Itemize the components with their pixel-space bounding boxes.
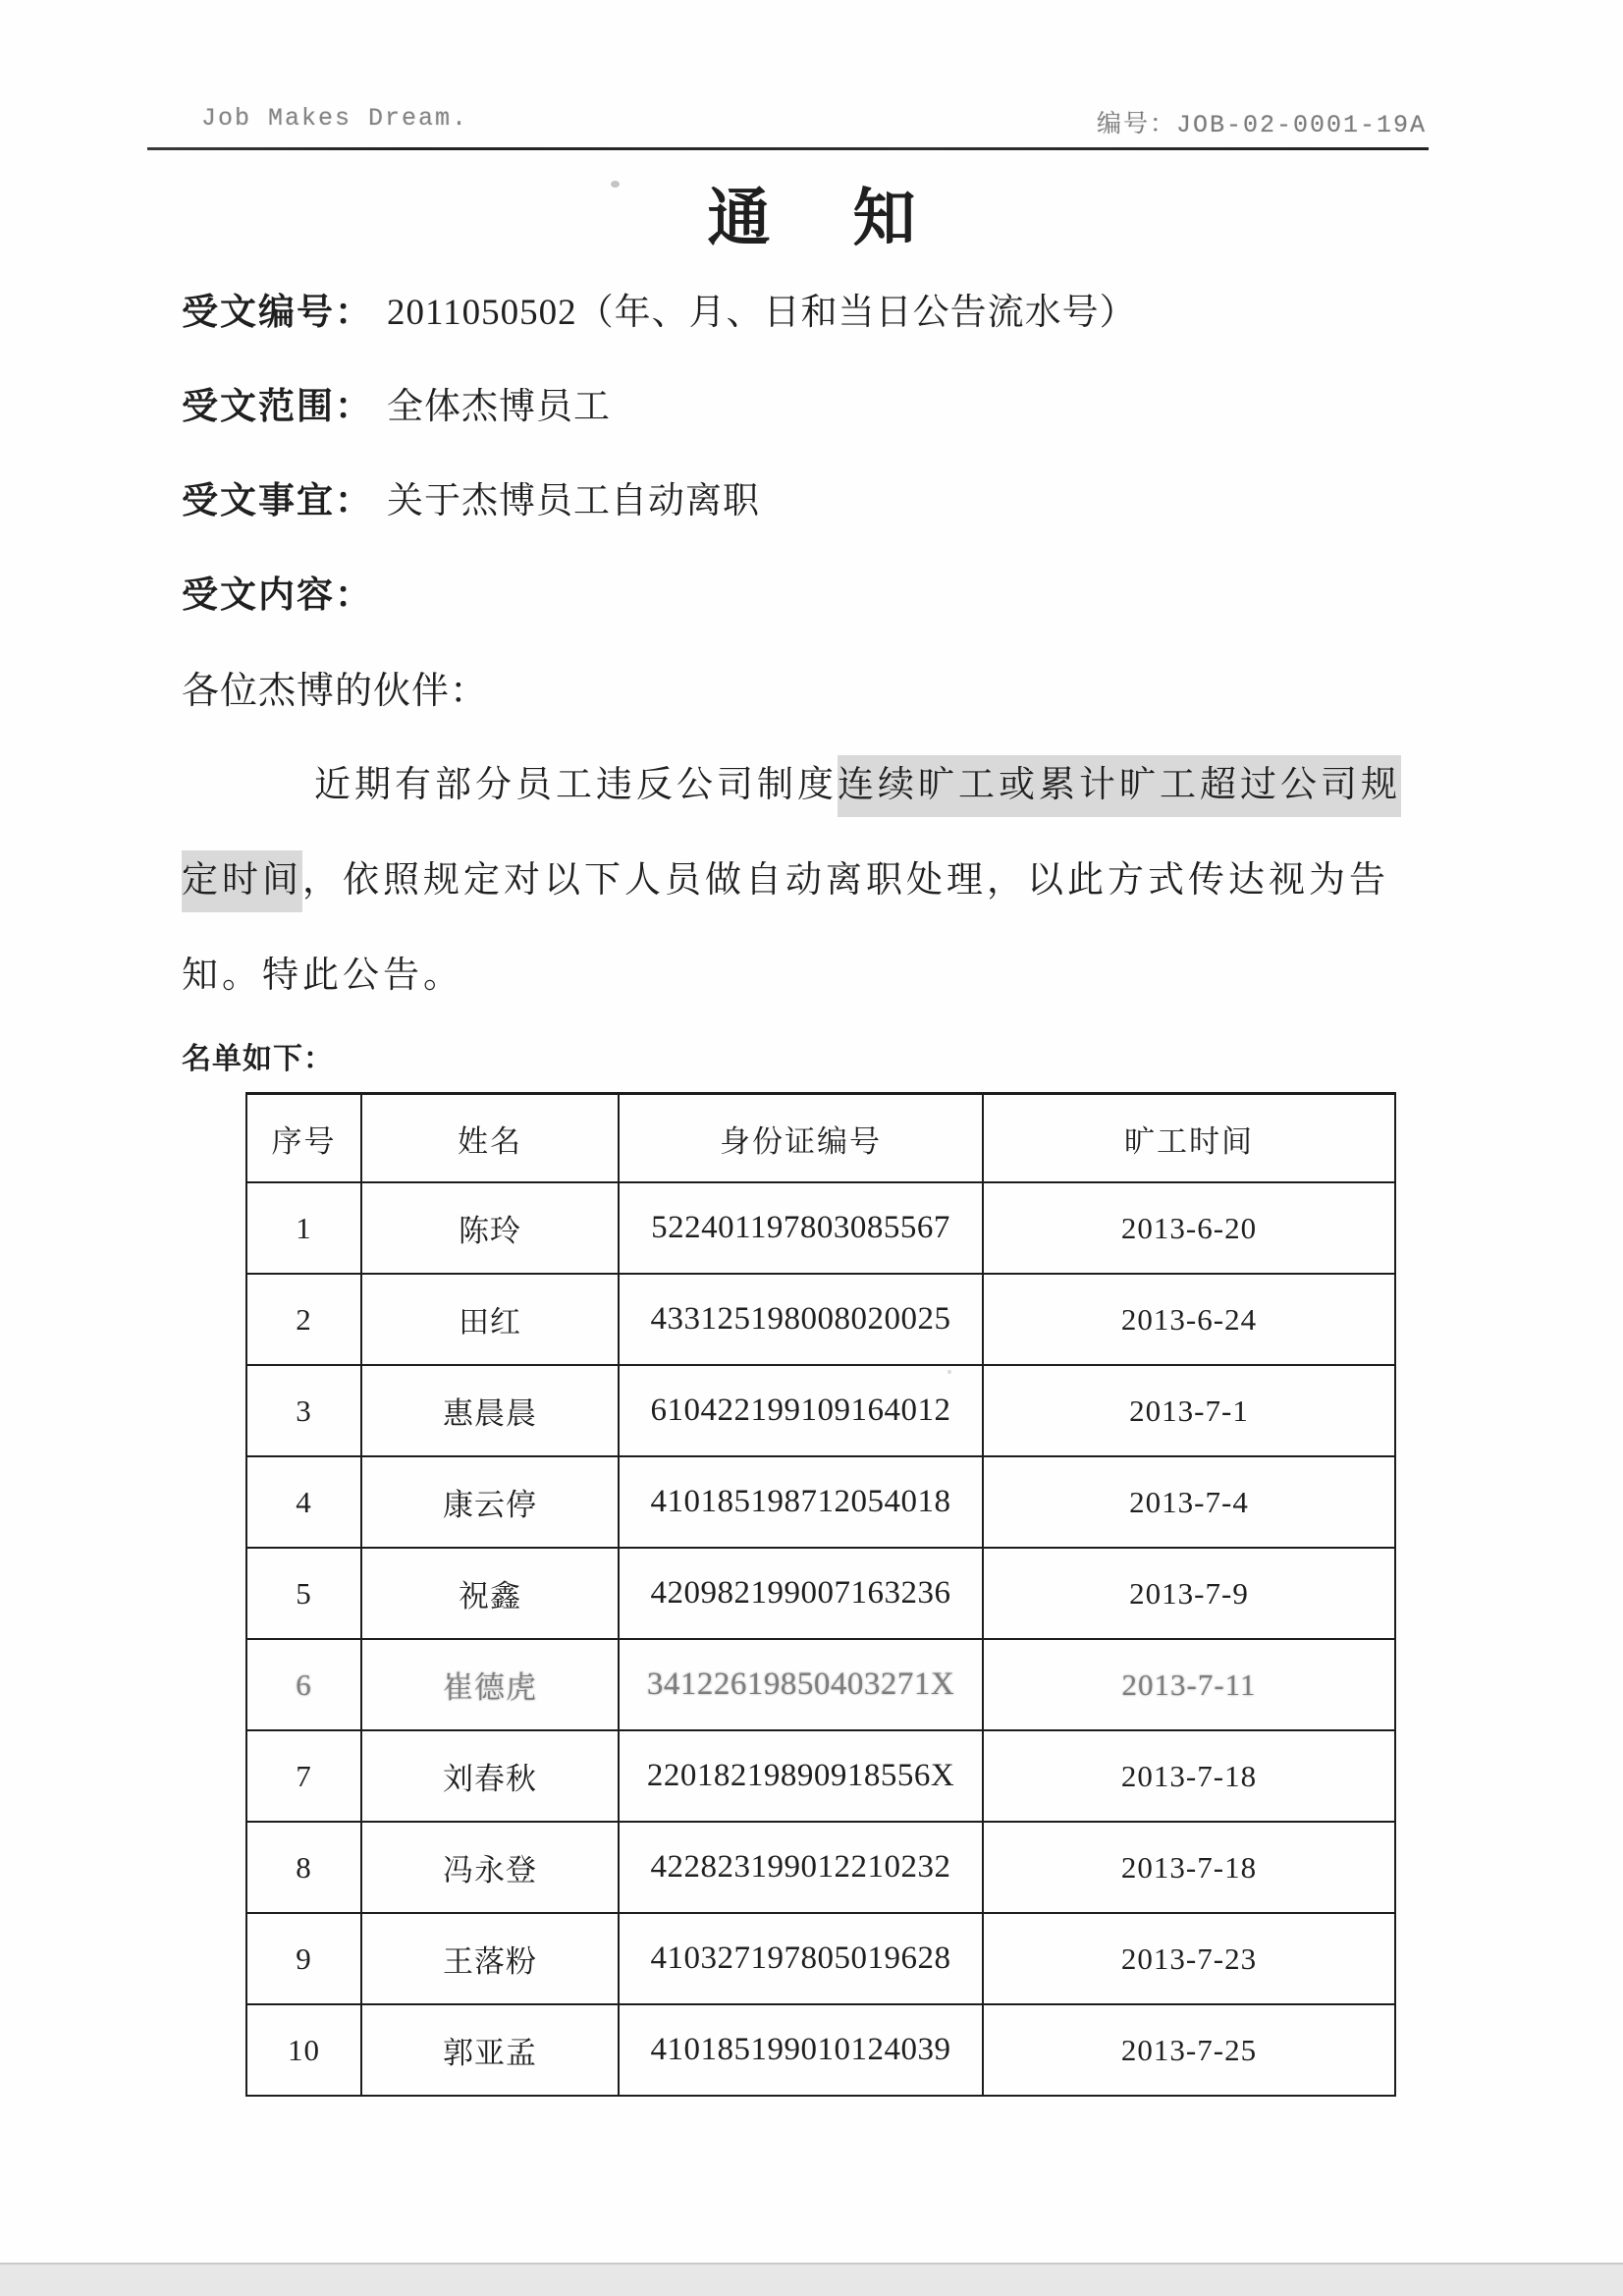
page-header: Job Makes Dream. 编号：JOB-02-0001-19A bbox=[201, 0, 1427, 139]
cell-no: 10 bbox=[246, 2004, 361, 2096]
table-row: 6崔德虎34122619850403271X2013-7-11 bbox=[246, 1639, 1395, 1730]
cell-no: 7 bbox=[246, 1730, 361, 1822]
cell-name: 冯永登 bbox=[361, 1822, 619, 1913]
meta-line-scope: 受文范围：全体杰博员工 bbox=[182, 386, 1623, 429]
cell-name: 陈玲 bbox=[361, 1182, 619, 1274]
cell-date: 2013-6-20 bbox=[983, 1182, 1395, 1274]
notice-paragraph: 近期有部分员工违反公司制度连续旷工或累计旷工超过公司规 定时间，依照规定对以下人… bbox=[182, 738, 1427, 1023]
cell-id: 610422199109164012 bbox=[619, 1365, 983, 1456]
cell-name: 惠晨晨 bbox=[361, 1365, 619, 1456]
header-doc-number: 编号：JOB-02-0001-19A bbox=[1097, 104, 1427, 139]
table-row: 3惠晨晨6104221991091640122013-7-1 bbox=[246, 1365, 1395, 1456]
table-row: 5祝鑫4209821990071632362013-7-9 bbox=[246, 1548, 1395, 1639]
cell-name: 田红 bbox=[361, 1274, 619, 1365]
meta-value: 关于杰博员工自动离职 bbox=[387, 481, 760, 521]
table-body: 1陈玲5224011978030855672013-6-202田红4331251… bbox=[246, 1182, 1395, 2096]
cell-id: 22018219890918556X bbox=[619, 1730, 983, 1822]
meta-label: 受文事宜： bbox=[182, 481, 373, 521]
table-row: 7刘春秋22018219890918556X2013-7-18 bbox=[246, 1730, 1395, 1822]
header-cell-no: 序号 bbox=[246, 1094, 361, 1183]
meta-value: 全体杰博员工 bbox=[387, 387, 611, 427]
scan-speck bbox=[947, 1370, 951, 1374]
header-cell-name: 姓名 bbox=[361, 1094, 619, 1183]
page-title: 通 知 bbox=[0, 180, 1623, 258]
paragraph-line: 近期有部分员工违反公司制度连续旷工或累计旷工超过公司规 bbox=[182, 738, 1427, 833]
absence-table: 序号 姓名 身份证编号 旷工时间 1陈玲52240119780308556720… bbox=[245, 1092, 1396, 2097]
salutation: 各位杰博的伙伴： bbox=[182, 669, 1623, 714]
scan-speck bbox=[611, 181, 620, 188]
meta-value: 2011050502（年、月、日和当日公告流水号） bbox=[387, 293, 1137, 333]
paragraph-text: ，依照规定对以下人员做自动离职处理，以此方式传达视为告 bbox=[302, 860, 1389, 901]
table-row: 10郭亚孟4101851990101240392013-7-25 bbox=[246, 2004, 1395, 2096]
meta-label: 受文内容： bbox=[182, 575, 373, 616]
table-header: 序号 姓名 身份证编号 旷工时间 bbox=[246, 1094, 1395, 1183]
cell-no: 6 bbox=[246, 1639, 361, 1730]
cell-name: 祝鑫 bbox=[361, 1548, 619, 1639]
cell-date: 2013-7-1 bbox=[983, 1365, 1395, 1456]
meta-line-doc-id: 受文编号：2011050502（年、月、日和当日公告流水号） bbox=[182, 292, 1623, 335]
meta-line-content: 受文内容： bbox=[182, 574, 1623, 618]
highlighted-text: 连续旷工或累计旷工超过公司规 bbox=[838, 765, 1401, 805]
scan-artifact-band bbox=[0, 2263, 1623, 2296]
document-page: Job Makes Dream. 编号：JOB-02-0001-19A 通 知 … bbox=[0, 0, 1623, 2296]
meta-label: 受文范围： bbox=[182, 387, 373, 427]
cell-id: 522401197803085567 bbox=[619, 1182, 983, 1274]
cell-no: 5 bbox=[246, 1548, 361, 1639]
cell-no: 3 bbox=[246, 1365, 361, 1456]
header-slogan: Job Makes Dream. bbox=[201, 104, 468, 139]
table-header-row: 序号 姓名 身份证编号 旷工时间 bbox=[246, 1094, 1395, 1183]
cell-date: 2013-7-18 bbox=[983, 1730, 1395, 1822]
cell-id: 410185199010124039 bbox=[619, 2004, 983, 2096]
cell-date: 2013-7-9 bbox=[983, 1548, 1395, 1639]
highlighted-text: 定时间 bbox=[182, 860, 302, 901]
cell-name: 刘春秋 bbox=[361, 1730, 619, 1822]
table-row: 9王落粉4103271978050196282013-7-23 bbox=[246, 1913, 1395, 2004]
header-cell-date: 旷工时间 bbox=[983, 1094, 1395, 1183]
cell-date: 2013-7-25 bbox=[983, 2004, 1395, 2096]
table-row: 4康云停4101851987120540182013-7-4 bbox=[246, 1456, 1395, 1548]
cell-no: 4 bbox=[246, 1456, 361, 1548]
header-cell-id: 身份证编号 bbox=[619, 1094, 983, 1183]
cell-name: 崔德虎 bbox=[361, 1639, 619, 1730]
list-label: 名单如下： bbox=[182, 1041, 1623, 1078]
cell-name: 王落粉 bbox=[361, 1913, 619, 2004]
cell-no: 1 bbox=[246, 1182, 361, 1274]
cell-name: 康云停 bbox=[361, 1456, 619, 1548]
table-row: 8冯永登4228231990122102322013-7-18 bbox=[246, 1822, 1395, 1913]
cell-date: 2013-7-4 bbox=[983, 1456, 1395, 1548]
header-rule bbox=[147, 147, 1429, 150]
cell-no: 2 bbox=[246, 1274, 361, 1365]
paragraph-text: 近期有部分员工违反公司制度 bbox=[314, 765, 838, 805]
cell-id: 433125198008020025 bbox=[619, 1274, 983, 1365]
cell-id: 410327197805019628 bbox=[619, 1913, 983, 2004]
paragraph-text: 知。特此公告。 bbox=[182, 956, 463, 996]
cell-name: 郭亚孟 bbox=[361, 2004, 619, 2096]
paragraph-line: 定时间，依照规定对以下人员做自动离职处理，以此方式传达视为告 bbox=[182, 833, 1427, 928]
table-row: 1陈玲5224011978030855672013-6-20 bbox=[246, 1182, 1395, 1274]
cell-id: 34122619850403271X bbox=[619, 1639, 983, 1730]
cell-id: 420982199007163236 bbox=[619, 1548, 983, 1639]
cell-date: 2013-7-23 bbox=[983, 1913, 1395, 2004]
cell-id: 422823199012210232 bbox=[619, 1822, 983, 1913]
meta-label: 受文编号： bbox=[182, 293, 373, 333]
cell-id: 410185198712054018 bbox=[619, 1456, 983, 1548]
cell-date: 2013-6-24 bbox=[983, 1274, 1395, 1365]
cell-no: 9 bbox=[246, 1913, 361, 2004]
paragraph-line: 知。特此公告。 bbox=[182, 928, 1427, 1023]
cell-date: 2013-7-11 bbox=[983, 1639, 1395, 1730]
table-row: 2田红4331251980080200252013-6-24 bbox=[246, 1274, 1395, 1365]
meta-section: 受文编号：2011050502（年、月、日和当日公告流水号） 受文范围：全体杰博… bbox=[182, 292, 1623, 618]
cell-no: 8 bbox=[246, 1822, 361, 1913]
cell-date: 2013-7-18 bbox=[983, 1822, 1395, 1913]
meta-line-subject: 受文事宜：关于杰博员工自动离职 bbox=[182, 480, 1623, 523]
